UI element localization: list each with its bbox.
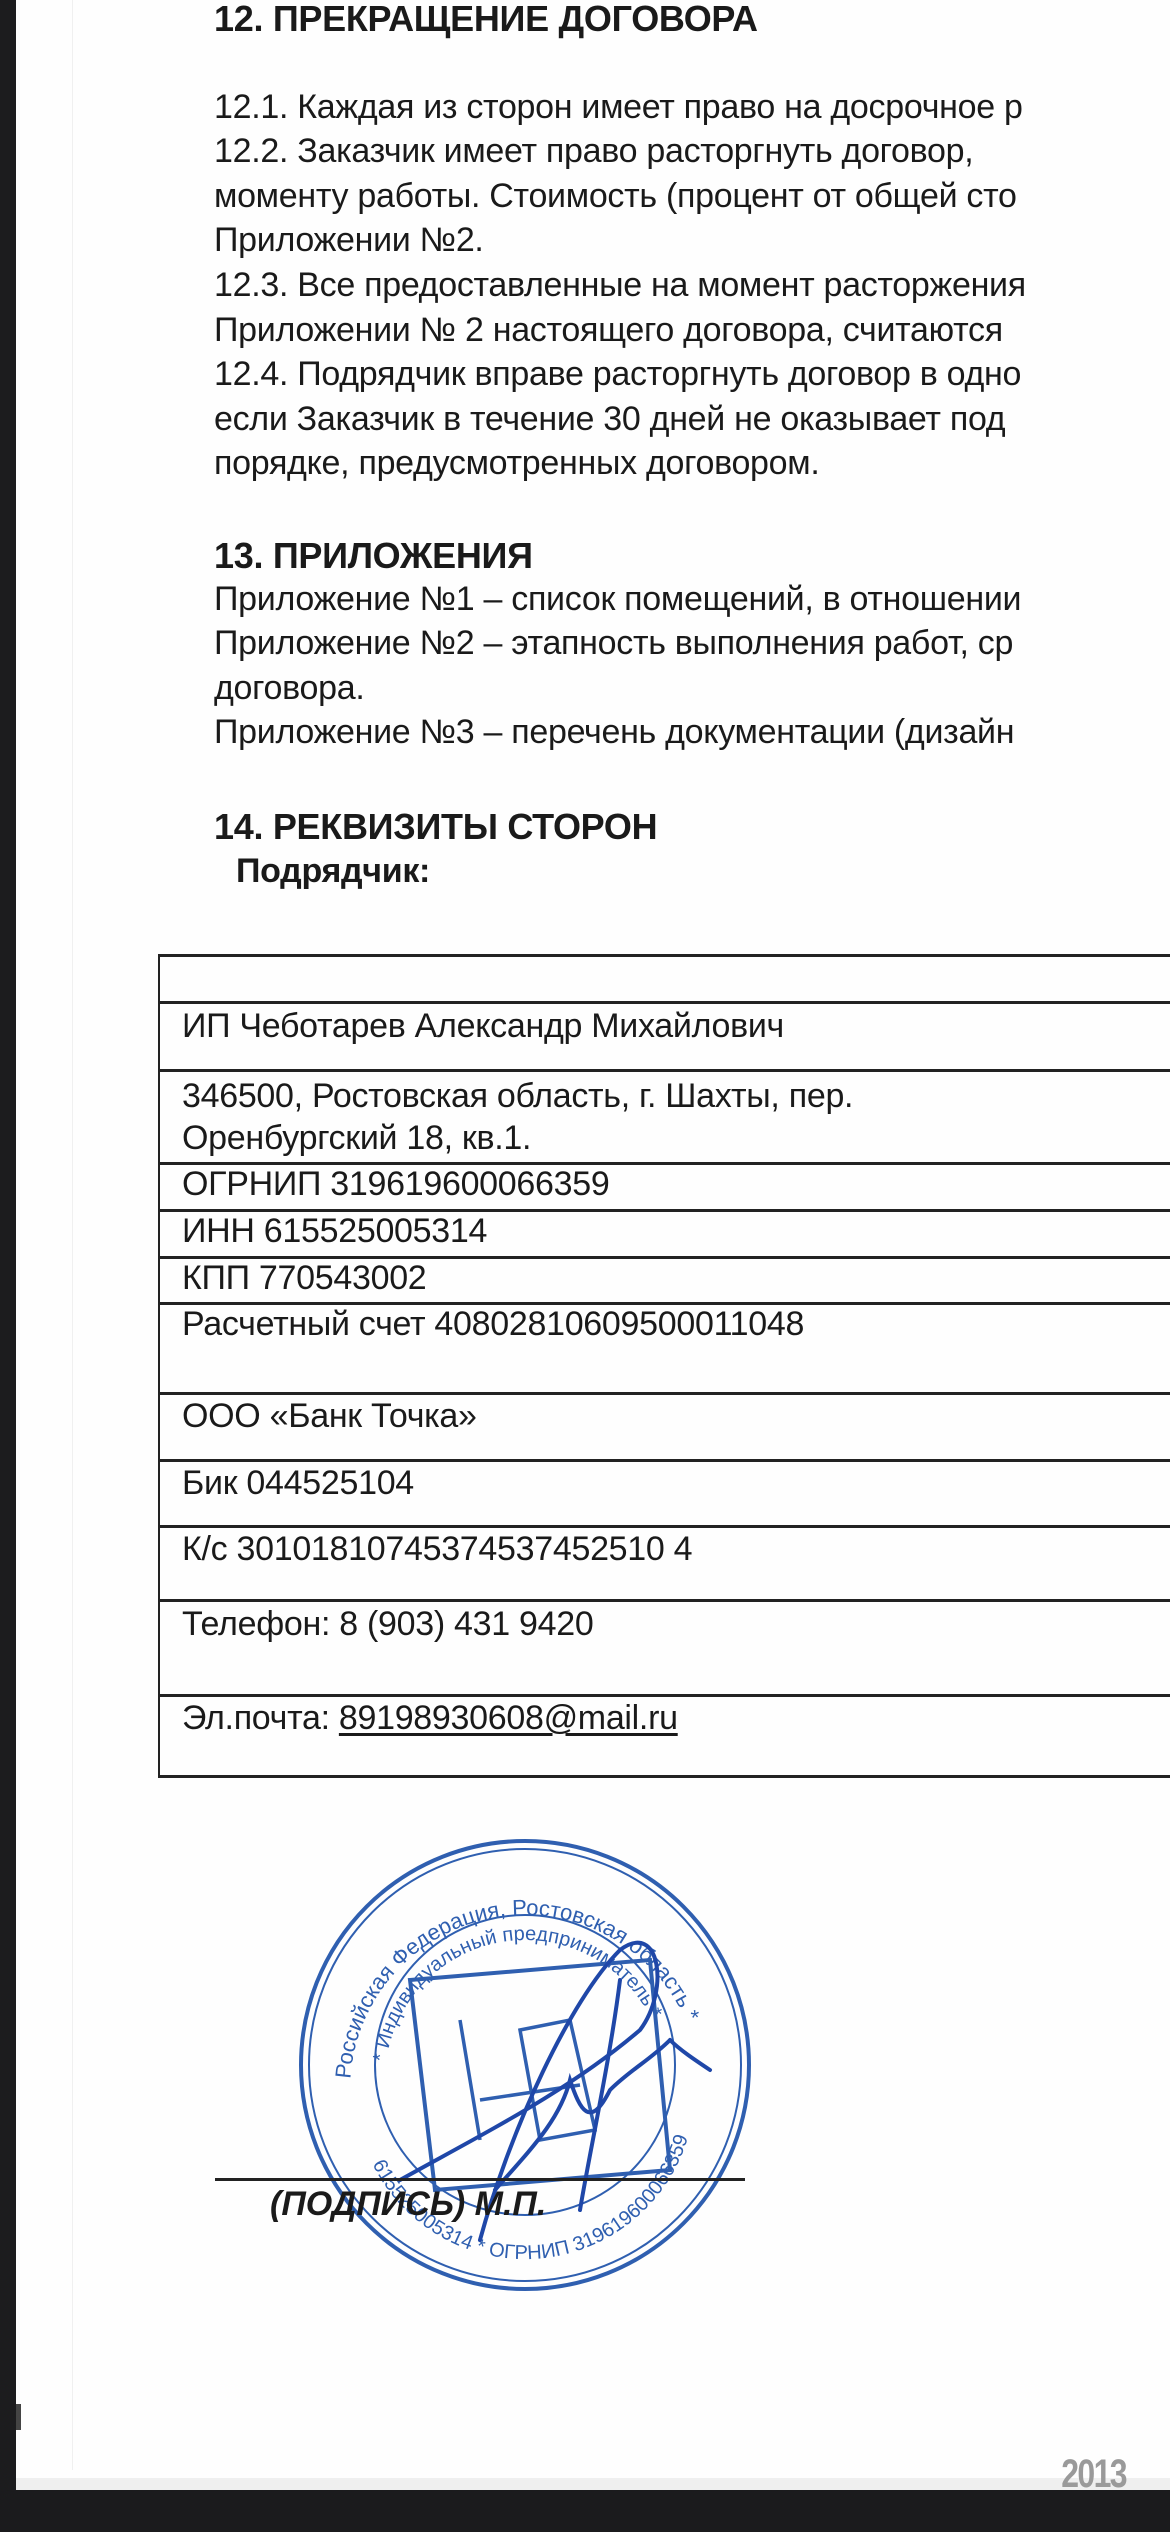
contractor-corr-account: К/с 30101810745374537452510 4 [182,1530,692,1569]
contractor-email-row: Эл.почта: 89198930608@mail.ru [182,1699,678,1738]
clause-12-4: 12.4. Подрядчик вправе расторгнуть догов… [214,355,1021,394]
clause-12-2-cont2: Приложении №2. [214,221,484,260]
clause-12-4-cont: если Заказчик в течение 30 дней не оказы… [214,400,1005,439]
table-row-divider [160,1459,1170,1462]
appendix-2: Приложение №2 – этапность выполнения раб… [214,624,1013,663]
viewer-bottom-bar [0,2490,1170,2532]
clause-12-1: 12.1. Каждая из сторон имеет право на до… [214,88,1023,127]
contractor-inn: ИНН 615525005314 [182,1212,487,1251]
signature-caption: (ПОДПИСЬ) М.П. [270,2185,546,2224]
company-stamp: Российская Федерация, Ростовская область… [290,1830,760,2300]
contractor-phone: Телефон: 8 (903) 431 9420 [182,1605,593,1644]
clause-12-4-cont2: порядке, предусмотренных договором. [214,444,820,483]
appendix-1: Приложение №1 – список помещений, в отно… [214,580,1021,619]
table-row-divider [160,1525,1170,1528]
contractor-bik: Бик 044525104 [182,1464,414,1503]
contractor-kpp: КПП 770543002 [182,1259,426,1298]
table-row-divider [160,1694,1170,1697]
contractor-address-line1: 346500, Ростовская область, г. Шахты, пе… [182,1077,853,1116]
clause-12-2-cont: моменту работы. Стоимость (процент от об… [214,177,1017,216]
contractor-bank: ООО «Банк Точка» [182,1397,477,1436]
table-row-divider [160,1392,1170,1395]
signature-line [215,2178,745,2181]
clause-12-3: 12.3. Все предоставленные на момент раст… [214,266,1026,305]
appendix-3: Приложение №3 – перечень документации (д… [214,713,1014,752]
contractor-label: Подрядчик: [236,852,430,891]
section-12-heading: 12. ПРЕКРАЩЕНИЕ ДОГОВОРА [214,0,758,40]
table-row-divider [160,1069,1170,1072]
contractor-details-table: ИП Чеботарев Александр Михайлович 346500… [158,954,1170,1778]
contractor-address-line2: Оренбургский 18, кв.1. [182,1119,531,1158]
contractor-ogrnip: ОГРНИП 319619600066359 [182,1165,609,1204]
appendix-2-cont: договора. [214,669,364,708]
table-row-divider [160,1599,1170,1602]
section-14-heading: 14. РЕКВИЗИТЫ СТОРОН [214,806,657,848]
email-label: Эл.почта: [182,1699,339,1737]
email-link[interactable]: 89198930608@mail.ru [339,1699,678,1737]
clause-12-3-cont: Приложении № 2 настоящего договора, счит… [214,311,1003,350]
table-row-divider [160,1001,1170,1004]
contractor-account: Расчетный счет 40802810609500011048 [182,1305,804,1344]
contractor-name: ИП Чеботарев Александр Михайлович [182,1007,784,1046]
clause-12-2: 12.2. Заказчик имеет право расторгнуть д… [214,132,973,171]
section-13-heading: 13. ПРИЛОЖЕНИЯ [214,535,533,577]
scrollbar-handle[interactable] [16,2404,21,2430]
